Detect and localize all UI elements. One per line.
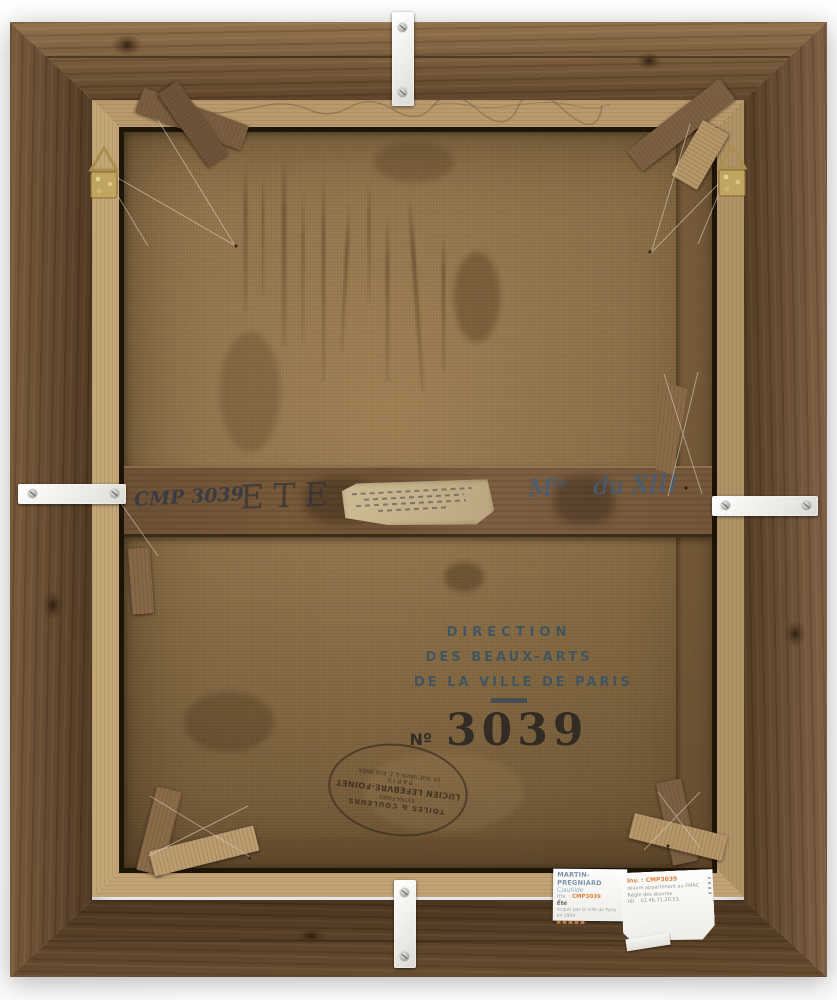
inventory-prefix: Inv. :	[557, 894, 570, 900]
mounting-plate-right	[712, 496, 818, 516]
mounting-plate-top	[392, 12, 414, 106]
screw	[802, 501, 811, 510]
label-provenance-2: en 1904	[557, 913, 623, 919]
screw	[110, 489, 119, 498]
screw	[400, 888, 409, 897]
illegible-line	[557, 921, 587, 924]
screw	[721, 501, 730, 510]
photo-backdrop: DIRECTION DES BEAUX-ARTS DE LA VILLE DE …	[0, 0, 837, 1000]
d-ring-hanger-left	[86, 144, 122, 206]
mounting-plate-left	[18, 484, 126, 504]
artist-label-card: MARTIN-PREGNIARD Clautilde Inv. : CMP303…	[553, 869, 628, 922]
inventory-prefix: Inv. :	[627, 877, 644, 885]
inventory-number: CMP3039	[646, 876, 678, 884]
label-edge-marks	[708, 877, 712, 895]
inventory-number: CMP3039	[572, 894, 601, 900]
screw	[398, 23, 407, 32]
d-ring-hanger-right	[714, 142, 750, 204]
label-artist-name: MARTIN-PREGNIARD	[557, 872, 623, 888]
screw	[398, 88, 407, 97]
screw	[28, 489, 37, 498]
mounting-plate-bottom	[394, 880, 416, 968]
screw	[400, 952, 409, 961]
